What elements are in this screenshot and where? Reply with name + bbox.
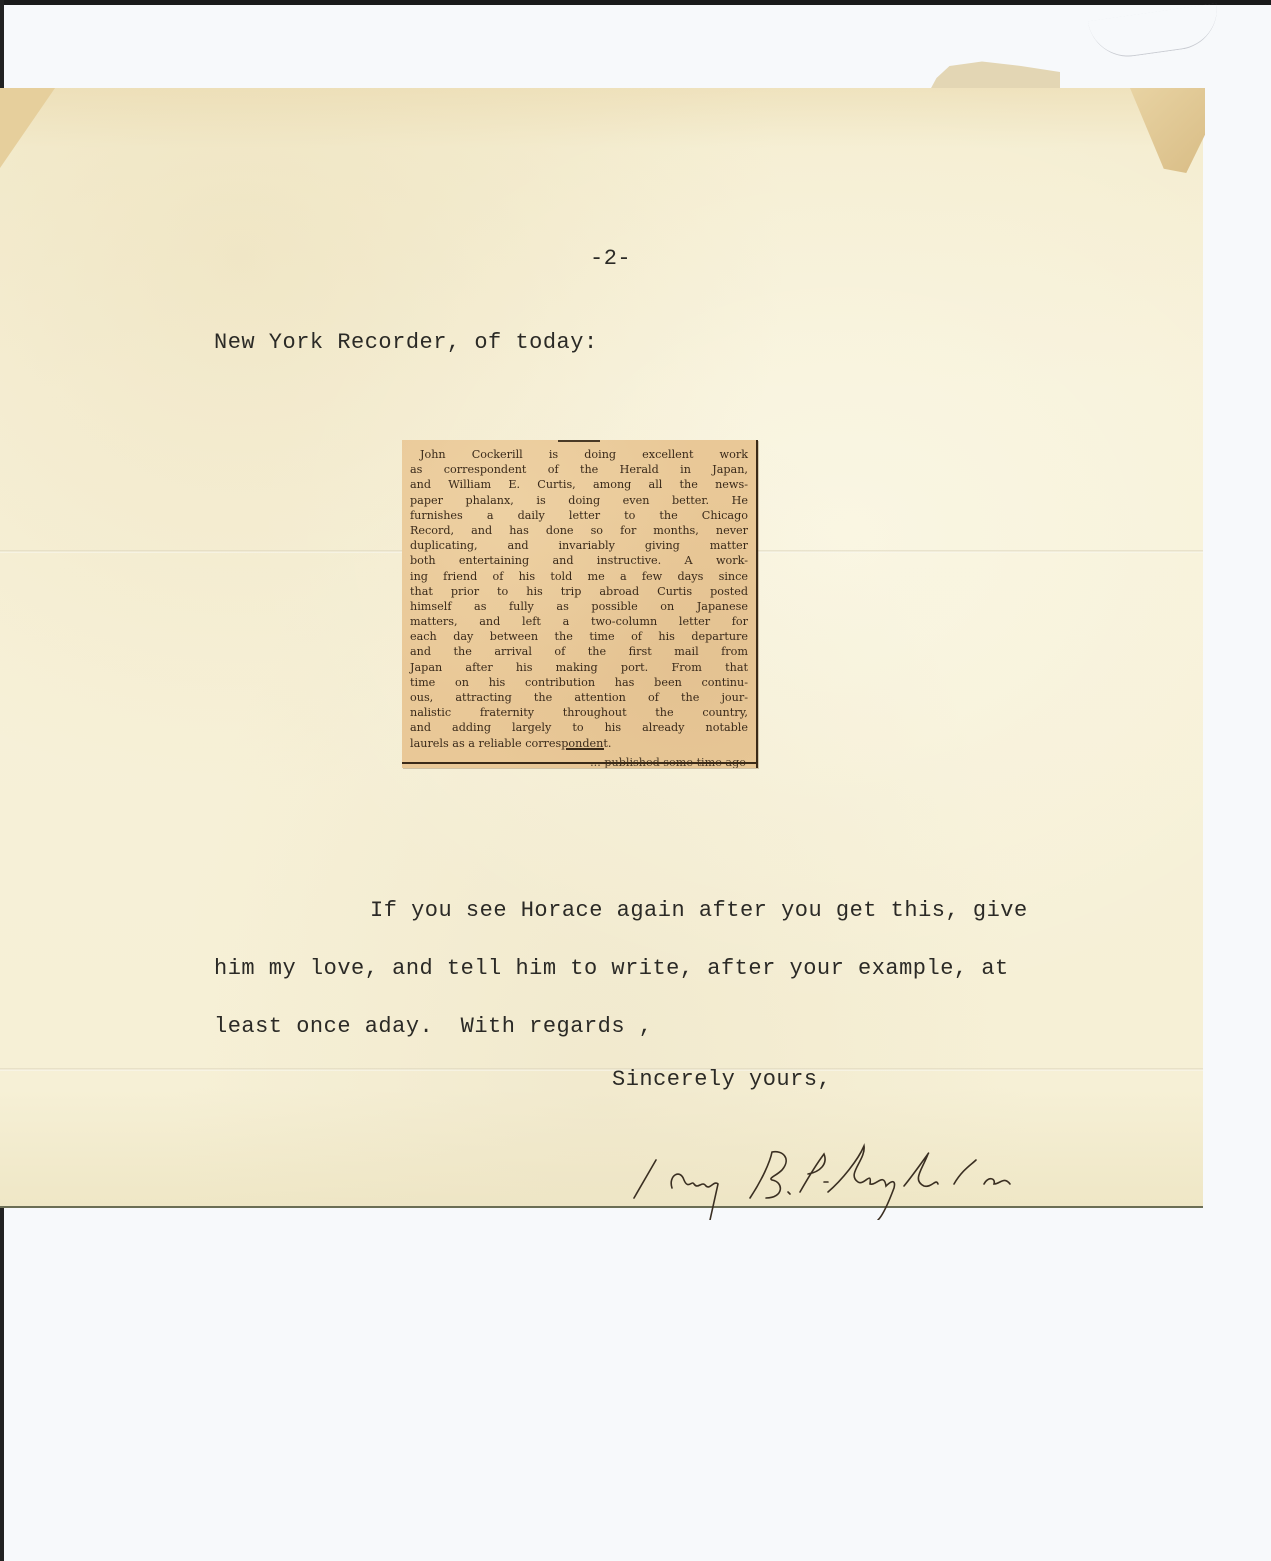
clipping-cut-edge: [402, 762, 756, 764]
body-text-line: If you see Horace again after you get th…: [370, 898, 1028, 923]
clipping-line: ous, attracting the attention of the jou…: [410, 690, 748, 705]
clipping-line: John Cockerill is doing excellent work: [410, 447, 748, 462]
clipping-line: matters, and left a two-column letter fo…: [410, 614, 748, 629]
newspaper-clipping: John Cockerill is doing excellent work a…: [402, 440, 758, 768]
clipping-line: himself as fully as possible on Japanese: [410, 599, 748, 614]
closing-salutation: Sincerely yours,: [612, 1067, 831, 1092]
clipping-line: furnishes a daily letter to the Chicago: [410, 508, 748, 523]
clipping-top-rule: [558, 440, 600, 442]
page-number: -2-: [590, 246, 631, 271]
clipping-line: paper phalanx, is doing even better. He: [410, 493, 748, 508]
body-text-line: least once aday. With regards ,: [214, 1014, 652, 1039]
clipping-line: time on his contribution has been contin…: [410, 675, 748, 690]
scanner-top-border: [0, 0, 1271, 5]
clipping-line: Record, and has done so for months, neve…: [410, 523, 748, 538]
clipping-line: nalistic fraternity throughout the count…: [410, 705, 748, 720]
clipping-source-line: New York Recorder, of today:: [214, 330, 598, 355]
clipping-line: and adding largely to his already notabl…: [410, 720, 748, 735]
scan-artifact: [1088, 3, 1222, 62]
clipping-line: each day between the time of his departu…: [410, 629, 748, 644]
fold-crease: [0, 1068, 1203, 1071]
clipping-line: as correspondent of the Herald in Japan,: [410, 462, 748, 477]
clipping-line: duplicating, and invariably giving matte…: [410, 538, 748, 553]
clipping-text: John Cockerill is doing excellent work a…: [410, 447, 748, 751]
clipping-bottom-rule: [566, 748, 604, 750]
folded-corner-left: [0, 88, 55, 168]
clipping-line: and the arrival of the first mail from: [410, 644, 748, 659]
clipping-line: that prior to his trip abroad Curtis pos…: [410, 584, 748, 599]
body-text-line: him my love, and tell him to write, afte…: [214, 956, 1009, 981]
clipping-line: both entertaining and instructive. A wor…: [410, 553, 748, 568]
clipping-line: ing friend of his told me a few days sin…: [410, 569, 748, 584]
clipping-line: Japan after his making port. From that: [410, 660, 748, 675]
clipping-line: and William E. Curtis, among all the new…: [410, 477, 748, 492]
handwritten-signature: Henry B. F. Macfarland: [632, 1140, 1142, 1220]
torn-paper-fragment: [930, 60, 1060, 90]
